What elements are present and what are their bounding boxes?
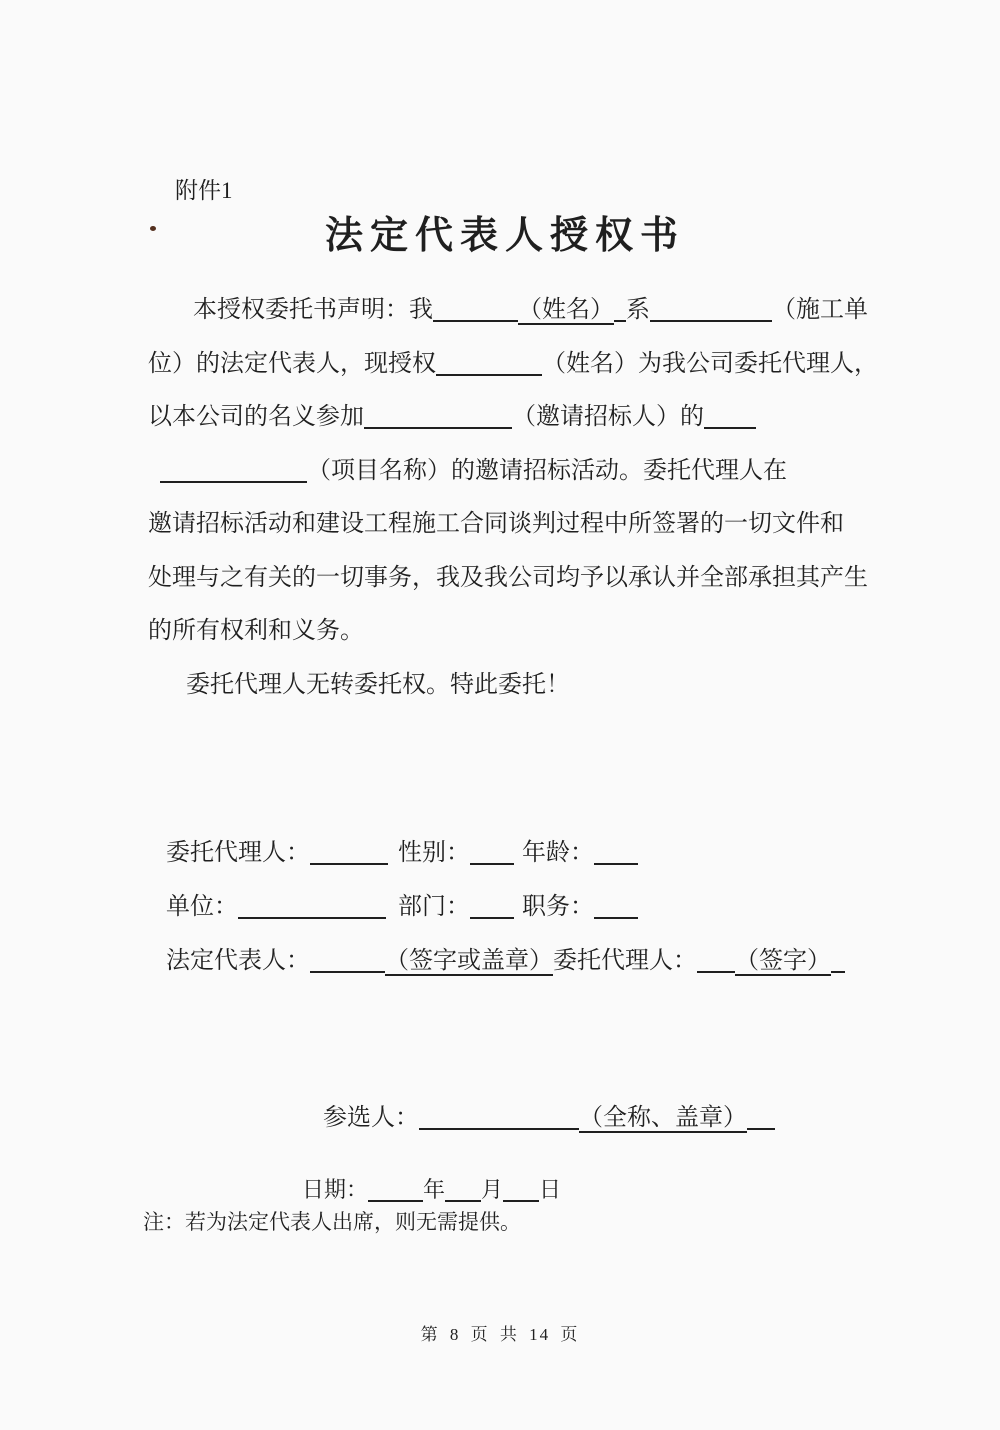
participant-row: 参选人：（全称、盖章）: [323, 1103, 775, 1133]
text-segment: 处理与之有关的一切事务，我及我公司均予以承认并全部承担其产生: [148, 565, 868, 591]
text-segment: 委托代理人：: [553, 948, 697, 974]
declaration-line-3: 以本公司的名义参加（邀请招标人）的: [148, 402, 756, 432]
gap: [388, 859, 398, 860]
underlined-label: （签字）: [735, 948, 831, 976]
blank-fill-line: [614, 296, 626, 322]
text-segment: 日: [539, 1177, 561, 1202]
text-segment: （施工单: [772, 297, 868, 323]
blank-fill-line: [310, 947, 385, 973]
attachment-label: 附件1: [175, 172, 233, 205]
text-segment: 性别：: [398, 840, 470, 866]
note-line: 注：若为法定代表人出席，则无需提供。: [143, 1206, 521, 1236]
text-segment: 月: [481, 1177, 503, 1202]
blank-fill-line: [310, 839, 388, 865]
blank-fill-line: [594, 893, 638, 919]
underlined-label: （姓名）: [518, 297, 614, 325]
declaration-line-5: 邀请招标活动和建设工程施工合同谈判过程中所签署的一切文件和: [148, 509, 844, 539]
blank-fill-line: [368, 1178, 423, 1202]
page-canvas: 附件1 法定代表人授权书 本授权委托书声明：我（姓名）系（施工单 位）的法定代表…: [0, 0, 1000, 1430]
agent-info-row: 委托代理人：性别：年龄：: [166, 838, 638, 868]
blank-fill-line: [364, 403, 512, 429]
blank-fill-line: [436, 350, 542, 376]
text-segment: 年: [423, 1177, 445, 1202]
text-segment: 参选人：: [323, 1105, 419, 1131]
text-segment: 职务：: [522, 894, 594, 920]
text-segment: 年龄：: [522, 840, 594, 866]
underlined-label: （全称、盖章）: [579, 1105, 747, 1133]
declaration-line-7: 的所有权利和义务。: [148, 616, 364, 646]
underlined-label: （签字或盖章）: [385, 948, 553, 976]
blank-fill-line: [650, 296, 772, 322]
blank-fill-line: [503, 1178, 539, 1202]
text-segment: 部门：: [398, 894, 470, 920]
page-number: 第 8 页 共 14 页: [0, 1320, 1000, 1345]
declaration-line-1: 本授权委托书声明：我（姓名）系（施工单: [193, 295, 868, 325]
commitment-line: 委托代理人无转委托权。特此委托！: [186, 670, 570, 700]
gap: [514, 859, 522, 860]
blank-fill-line: [160, 457, 307, 483]
org-info-row: 单位：部门：职务：: [166, 892, 638, 922]
blank-fill-line: [445, 1178, 481, 1202]
blank-fill-line: [470, 893, 514, 919]
text-segment: （姓名）为我公司委托代理人，: [542, 351, 878, 377]
gap: [386, 913, 398, 914]
blank-fill-line: [594, 839, 638, 865]
text-segment: 单位：: [166, 894, 238, 920]
text-segment: 本授权委托书声明：我: [193, 297, 433, 323]
text-segment: 日期：: [302, 1177, 368, 1202]
text-segment: 系: [626, 297, 650, 323]
blank-fill-line: [747, 1104, 775, 1130]
blank-fill-line: [419, 1104, 579, 1130]
text-segment: 以本公司的名义参加: [148, 404, 364, 430]
declaration-line-4: （项目名称）的邀请招标活动。委托代理人在: [160, 456, 787, 486]
text-segment: 委托代理人无转委托权。特此委托！: [186, 672, 570, 698]
blank-fill-line: [470, 839, 514, 865]
declaration-line-2: 位）的法定代表人，现授权（姓名）为我公司委托代理人，: [148, 349, 878, 379]
date-row: 日期：年月日: [302, 1176, 561, 1204]
text-segment: 的所有权利和义务。: [148, 618, 364, 644]
blank-fill-line: [238, 893, 386, 919]
text-segment: 位）的法定代表人，现授权: [148, 351, 436, 377]
signature-row: 法定代表人：（签字或盖章）委托代理人：（签字）: [166, 946, 845, 976]
blank-fill-line: [831, 947, 845, 973]
blank-fill-line: [433, 296, 518, 322]
document-title: 法定代表人授权书: [0, 204, 1000, 259]
gap: [514, 913, 522, 914]
blank-fill-line: [697, 947, 735, 973]
text-segment: （项目名称）的邀请招标活动。委托代理人在: [307, 458, 787, 484]
declaration-line-6: 处理与之有关的一切事务，我及我公司均予以承认并全部承担其产生: [148, 563, 868, 593]
text-segment: 邀请招标活动和建设工程施工合同谈判过程中所签署的一切文件和: [148, 511, 844, 537]
text-segment: 委托代理人：: [166, 840, 310, 866]
text-segment: 法定代表人：: [166, 948, 310, 974]
text-segment: （邀请招标人）的: [512, 404, 704, 430]
blank-fill-line: [704, 403, 756, 429]
